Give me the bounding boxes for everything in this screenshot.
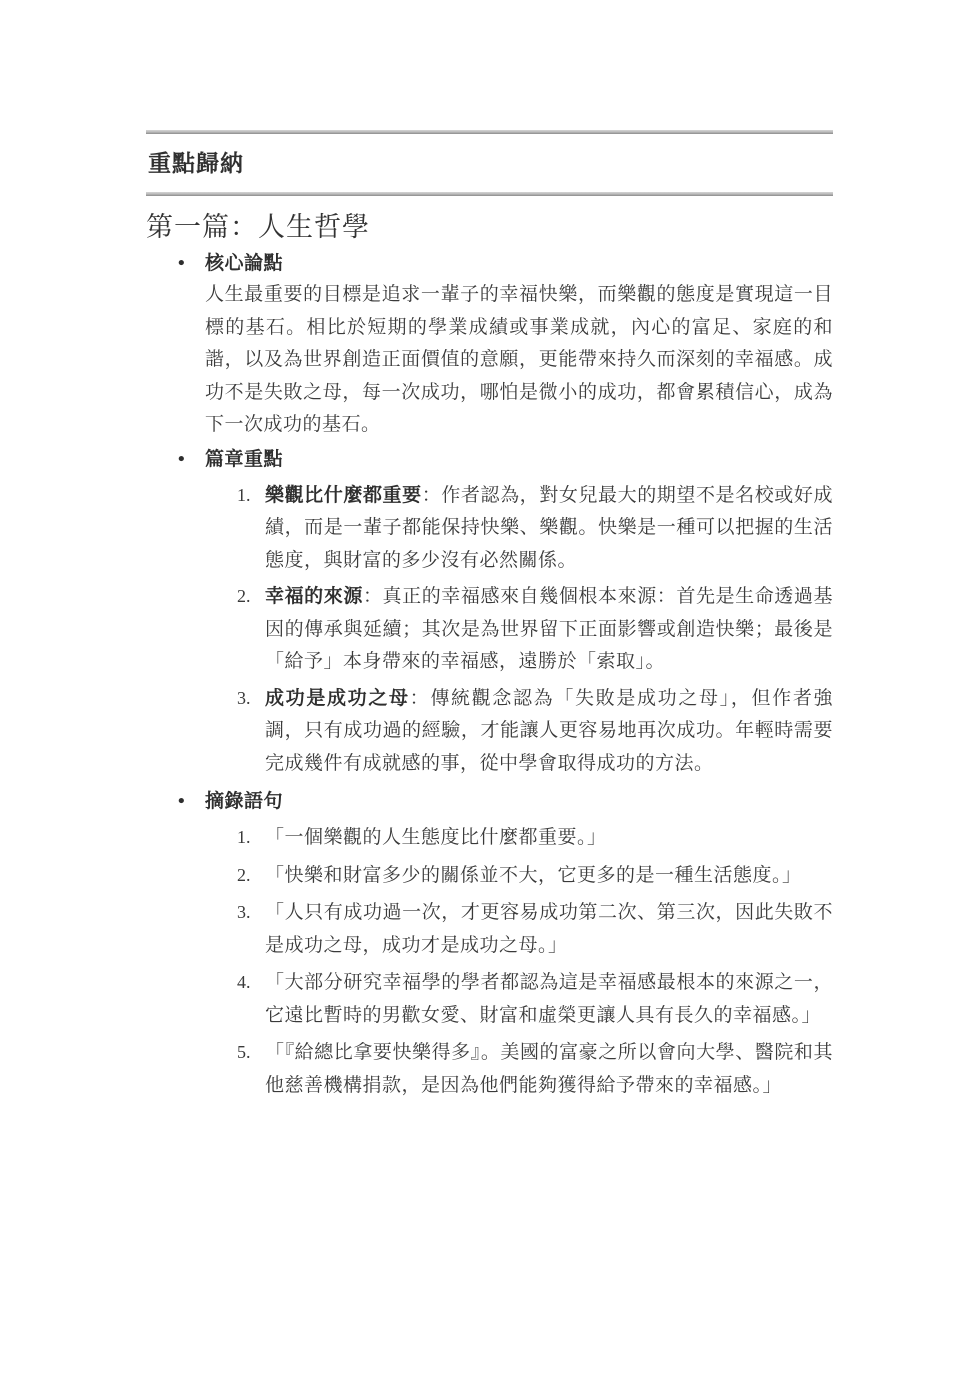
item-number: 3. xyxy=(237,682,265,714)
summary-heading: 重點歸納 xyxy=(148,148,833,179)
item-lead: 成功是成功之母 xyxy=(265,687,410,709)
item-text: 成功是成功之母：傳統觀念認為「失敗是成功之母」，但作者強調，只有成功過的經驗，才… xyxy=(265,682,833,780)
heading-rule-top xyxy=(146,130,833,134)
quote-text: 「『給總比拿要快樂得多』。美國的富豪之所以會向大學、醫院和其他慈善機構捐款，是因… xyxy=(265,1036,833,1101)
document-page: 重點歸納 第一篇：人生哲學 • 核心論點 人生最重要的目標是追求一輩子的幸福快樂… xyxy=(146,0,833,1106)
section-content: 篇章重點 1. 樂觀比什麼都重要：作者認為，對女兒最大的期望不是名校或好成績，而… xyxy=(205,447,833,784)
core-argument-paragraph: 人生最重要的目標是追求一輩子的幸福快樂，而樂觀的態度是實現這一目標的基石。相比於… xyxy=(205,278,833,441)
key-point-item: 3. 成功是成功之母：傳統觀念認為「失敗是成功之母」，但作者強調，只有成功過的經… xyxy=(205,682,833,780)
bullet-icon: • xyxy=(176,447,205,472)
item-lead: 樂觀比什麼都重要 xyxy=(265,484,422,506)
quote-text: 「人只有成功過一次，才更容易成功第二次、第三次，因此失敗不是成功之母，成功才是成… xyxy=(265,896,833,961)
quote-item: 4. 「大部分研究幸福學的學者都認為這是幸福感最根本的來源之一，它遠比暫時的男歡… xyxy=(205,966,833,1031)
item-text: 樂觀比什麼都重要：作者認為，對女兒最大的期望不是名校或好成績，而是一輩子都能保持… xyxy=(265,479,833,577)
quote-item: 3. 「人只有成功過一次，才更容易成功第二次、第三次，因此失敗不是成功之母，成功… xyxy=(205,896,833,961)
section-key-points: • 篇章重點 1. 樂觀比什麼都重要：作者認為，對女兒最大的期望不是名校或好成績… xyxy=(146,447,833,784)
quote-number: 3. xyxy=(237,896,265,928)
quote-item: 5. 「『給總比拿要快樂得多』。美國的富豪之所以會向大學、醫院和其他慈善機構捐款… xyxy=(205,1036,833,1101)
item-lead: 幸福的來源 xyxy=(265,585,363,607)
section-label: 篇章重點 xyxy=(205,447,833,472)
section-label: 摘錄語句 xyxy=(205,789,833,814)
quote-number: 4. xyxy=(237,966,265,998)
item-text: 幸福的來源：真正的幸福感來自幾個根本來源：首先是生命透過基因的傳承與延續；其次是… xyxy=(265,580,833,678)
heading-rule-bottom xyxy=(146,192,833,196)
quote-item: 1. 「一個樂觀的人生態度比什麼都重要。」 xyxy=(205,821,833,854)
section-content: 核心論點 人生最重要的目標是追求一輩子的幸福快樂，而樂觀的態度是實現這一目標的基… xyxy=(205,251,833,441)
item-number: 1. xyxy=(237,479,265,511)
chapter-heading: 第一篇：人生哲學 xyxy=(146,211,833,245)
key-point-item: 1. 樂觀比什麼都重要：作者認為，對女兒最大的期望不是名校或好成績，而是一輩子都… xyxy=(205,479,833,577)
quote-number: 2. xyxy=(237,859,265,891)
bullet-icon: • xyxy=(176,789,205,814)
section-quotes: • 摘錄語句 1. 「一個樂觀的人生態度比什麼都重要。」 2. 「快樂和財富多少… xyxy=(146,789,833,1106)
quote-text: 「快樂和財富多少的關係並不大，它更多的是一種生活態度。」 xyxy=(265,859,833,892)
quote-number: 5. xyxy=(237,1036,265,1068)
item-number: 2. xyxy=(237,580,265,612)
quotes-list: 1. 「一個樂觀的人生態度比什麼都重要。」 2. 「快樂和財富多少的關係並不大，… xyxy=(205,821,833,1101)
key-point-item: 2. 幸福的來源：真正的幸福感來自幾個根本來源：首先是生命透過基因的傳承與延續；… xyxy=(205,580,833,678)
section-core-argument: • 核心論點 人生最重要的目標是追求一輩子的幸福快樂，而樂觀的態度是實現這一目標… xyxy=(146,251,833,441)
quote-number: 1. xyxy=(237,821,265,853)
key-points-list: 1. 樂觀比什麼都重要：作者認為，對女兒最大的期望不是名校或好成績，而是一輩子都… xyxy=(205,479,833,780)
bullet-icon: • xyxy=(176,251,205,276)
quote-text: 「大部分研究幸福學的學者都認為這是幸福感最根本的來源之一，它遠比暫時的男歡女愛、… xyxy=(265,966,833,1031)
section-label: 核心論點 xyxy=(205,251,833,276)
quote-item: 2. 「快樂和財富多少的關係並不大，它更多的是一種生活態度。」 xyxy=(205,859,833,892)
quote-text: 「一個樂觀的人生態度比什麼都重要。」 xyxy=(265,821,833,854)
section-content: 摘錄語句 1. 「一個樂觀的人生態度比什麼都重要。」 2. 「快樂和財富多少的關… xyxy=(205,789,833,1106)
